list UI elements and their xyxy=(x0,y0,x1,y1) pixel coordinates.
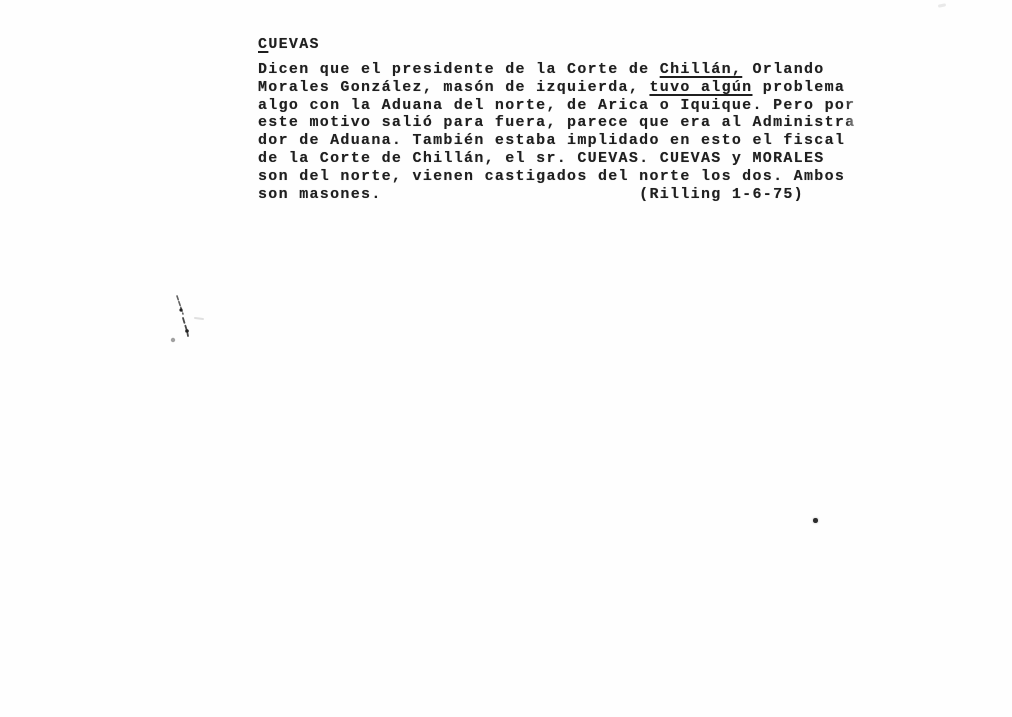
ink-speck xyxy=(813,518,818,523)
document-title: CUEVAS xyxy=(258,36,320,54)
text-line: este motivo salió para fuera, parece que… xyxy=(258,114,855,132)
text-line: son del norte, vienen castigados del nor… xyxy=(258,168,855,186)
document-body: Dicen que el presidente de la Corte de C… xyxy=(258,61,855,203)
underlined-text: tuvo algún xyxy=(649,79,752,96)
text-segment: son del norte, vienen castigados del nor… xyxy=(258,168,845,185)
text-segment: dor de Aduana. También estaba implidado … xyxy=(258,132,845,149)
text-segment: de la Corte de Chillán, el sr. CUEVAS. C… xyxy=(258,150,825,167)
text-segment: Orlando xyxy=(742,61,824,78)
text-segment: este motivo salió para fuera, parece que… xyxy=(258,114,855,131)
text-line: son masones. (Rilling 1-6-75) xyxy=(258,186,855,204)
text-segment: son masones. (Rilling 1-6-75) xyxy=(258,186,804,203)
text-line: dor de Aduana. También estaba implidado … xyxy=(258,132,855,150)
text-segment: algo con la Aduana del norte, de Arica o… xyxy=(258,97,855,114)
faint-corner-mark xyxy=(938,3,946,8)
title-first-letter: C xyxy=(258,36,268,53)
text-segment: Morales González, masón de izquierda, xyxy=(258,79,649,96)
scanned-document-page: CUEVAS Dicen que el presidente de la Cor… xyxy=(0,0,1012,717)
text-line: algo con la Aduana del norte, de Arica o… xyxy=(258,97,855,115)
title-rest: UEVAS xyxy=(268,36,320,53)
underlined-text: Chillán, xyxy=(660,61,742,78)
text-segment: problema xyxy=(752,79,845,96)
text-line: de la Corte de Chillán, el sr. CUEVAS. C… xyxy=(258,150,855,168)
text-line: Dicen que el presidente de la Corte de C… xyxy=(258,61,855,79)
pen-stroke-mark xyxy=(150,285,210,365)
text-line: Morales González, masón de izquierda, tu… xyxy=(258,79,855,97)
text-segment: Dicen que el presidente de la Corte de xyxy=(258,61,660,78)
